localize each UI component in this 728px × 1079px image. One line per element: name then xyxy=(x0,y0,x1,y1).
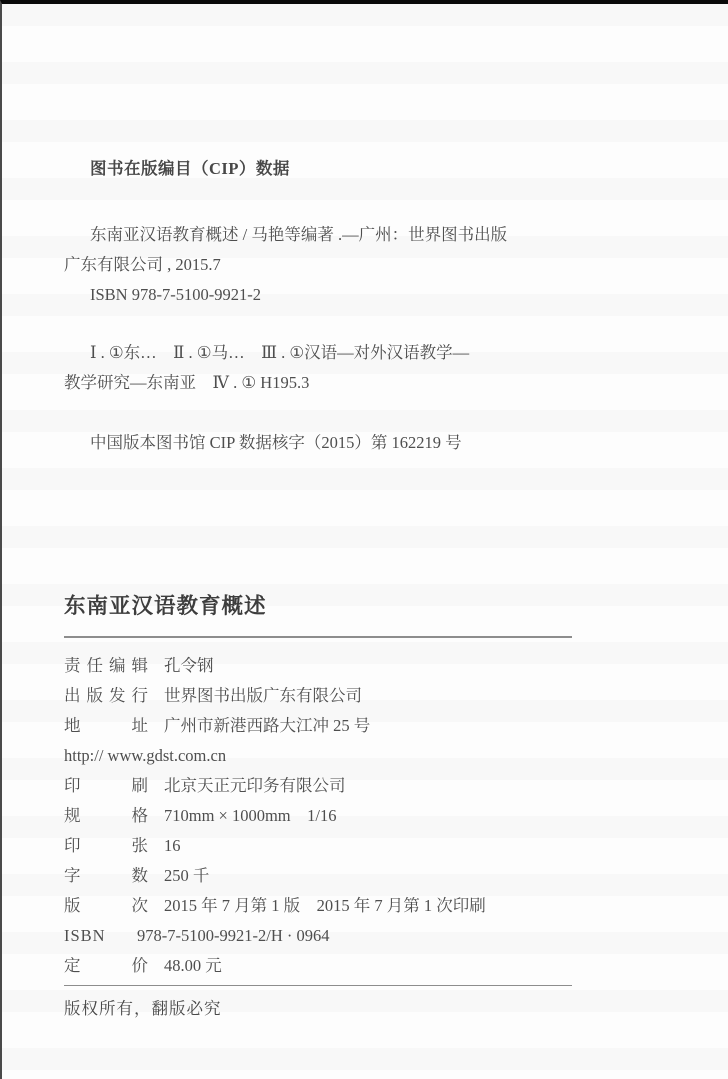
cip-classification-line2: 教学研究—东南亚 Ⅳ . ① H195.3 xyxy=(64,368,570,398)
colophon-row-wordcount: 字数 250 千 xyxy=(64,861,570,891)
cip-entry-isbn: ISBN 978-7-5100-9921-2 xyxy=(64,280,570,310)
page-content: 图书在版编目（CIP）数据 东南亚汉语教育概述 / 马艳等编著 .—广州：世界图… xyxy=(2,154,728,1024)
cip-record-number: 中国版本图书馆 CIP 数据核字（2015）第 162219 号 xyxy=(64,428,570,458)
colophon-value: 16 xyxy=(164,836,181,855)
colophon-row-website: http:// www.gdst.com.cn xyxy=(64,741,570,771)
colophon-row-isbn: ISBN 978-7-5100-9921-2/H · 0964 xyxy=(64,921,570,951)
colophon-value: 710mm × 1000mm 1/16 xyxy=(164,806,336,825)
colophon-value: 250 千 xyxy=(164,866,209,885)
cip-entry: 东南亚汉语教育概述 / 马艳等编著 .—广州：世界图书出版 广东有限公司 , 2… xyxy=(64,220,570,310)
page-scan: 图书在版编目（CIP）数据 东南亚汉语教育概述 / 马艳等编著 .—广州：世界图… xyxy=(0,0,728,1079)
colophon-label: 责任编辑 xyxy=(64,651,148,681)
cip-record: 中国版本图书馆 CIP 数据核字（2015）第 162219 号 xyxy=(64,428,570,458)
cip-classification: Ⅰ . ①东… Ⅱ . ①马… Ⅲ . ①汉语—对外汉语教学— 教学研究—东南亚… xyxy=(64,338,570,398)
colophon-value: 世界图书出版广东有限公司 xyxy=(164,686,362,705)
colophon-label: 地址 xyxy=(64,711,148,741)
book-title: 东南亚汉语教育概述 xyxy=(64,589,570,623)
colophon-value: 广州市新港西路大江冲 25 号 xyxy=(164,716,370,735)
copyright-divider xyxy=(64,985,572,986)
colophon-label: 字数 xyxy=(64,861,148,891)
colophon-value: 孔令钢 xyxy=(164,656,214,675)
colophon-value: 978-7-5100-9921-2/H · 0964 xyxy=(137,926,329,945)
colophon-row-printer: 印刷 北京天正元印务有限公司 xyxy=(64,771,570,801)
cip-entry-line1: 东南亚汉语教育概述 / 马艳等编著 .—广州：世界图书出版 xyxy=(64,220,570,250)
colophon-row-sheets: 印张 16 xyxy=(64,831,570,861)
copyright-notice: 版权所有，翻版必究 xyxy=(64,994,570,1024)
colophon-row-address: 地址 广州市新港西路大江冲 25 号 xyxy=(64,711,570,741)
title-divider xyxy=(64,636,572,638)
cip-entry-line2: 广东有限公司 , 2015.7 xyxy=(64,250,570,280)
colophon-row-edition: 版次 2015 年 7 月第 1 版 2015 年 7 月第 1 次印刷 xyxy=(64,891,570,921)
colophon-row-price: 定价 48.00 元 xyxy=(64,951,570,981)
cip-classification-line1: Ⅰ . ①东… Ⅱ . ①马… Ⅲ . ①汉语—对外汉语教学— xyxy=(64,338,570,368)
colophon: 责任编辑 孔令钢 出版发行 世界图书出版广东有限公司 地址 广州市新港西路大江冲… xyxy=(64,651,570,981)
colophon-row-format: 规格 710mm × 1000mm 1/16 xyxy=(64,801,570,831)
colophon-label: 印刷 xyxy=(64,771,148,801)
colophon-label: 印张 xyxy=(64,831,148,861)
colophon-row-editor: 责任编辑 孔令钢 xyxy=(64,651,570,681)
colophon-label: 出版发行 xyxy=(64,681,148,711)
colophon-value: 北京天正元印务有限公司 xyxy=(164,776,346,795)
colophon-label: 定价 xyxy=(64,951,148,981)
colophon-label: ISBN xyxy=(64,921,106,951)
colophon-row-publisher: 出版发行 世界图书出版广东有限公司 xyxy=(64,681,570,711)
colophon-value: 2015 年 7 月第 1 版 2015 年 7 月第 1 次印刷 xyxy=(164,896,486,915)
cip-heading: 图书在版编目（CIP）数据 xyxy=(64,154,570,184)
colophon-label: 规格 xyxy=(64,801,148,831)
colophon-label: 版次 xyxy=(64,891,148,921)
colophon-value: 48.00 元 xyxy=(164,956,222,975)
website-url: http:// www.gdst.com.cn xyxy=(64,746,226,765)
